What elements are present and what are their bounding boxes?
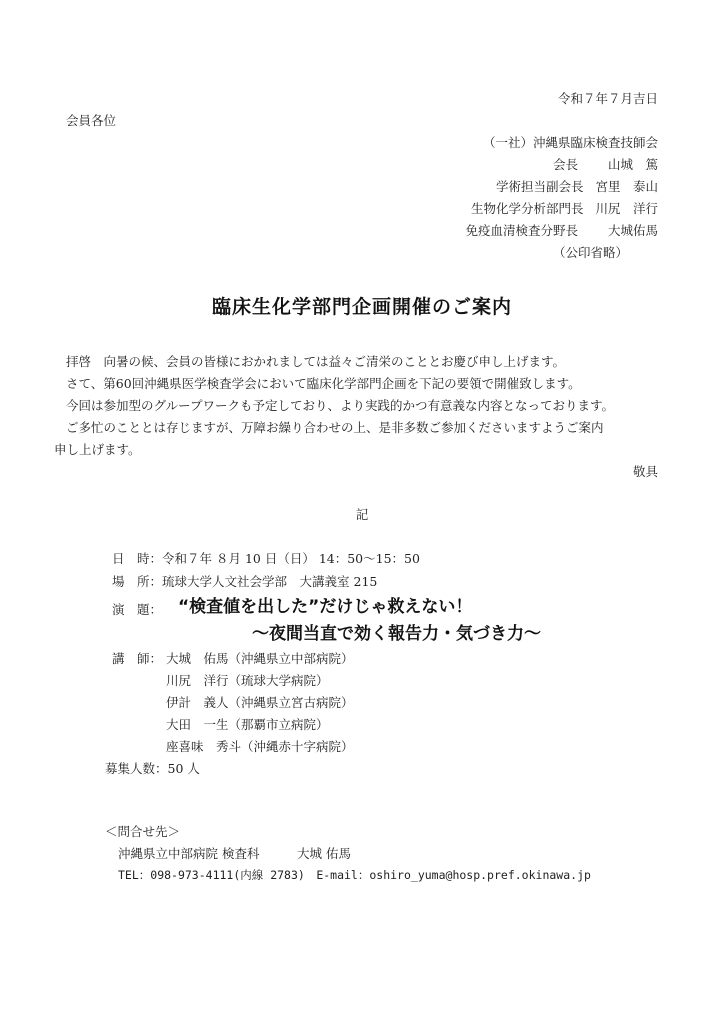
lecturer-item: 座喜味 秀斗（沖縄赤十字病院） (166, 741, 354, 754)
lecturers-label: 講 師： (112, 653, 162, 666)
organization-name: （一社）沖縄県臨床検査技師会 (483, 137, 658, 150)
venue-value: 琉球大学人文社会学部 大講義室 215 (162, 574, 377, 589)
document-date: 令和７年７月吉日 (558, 93, 658, 106)
contact-heading: ＜問合せ先＞ (105, 826, 180, 839)
lecturer-item: 大田 一生（那覇市立病院） (166, 719, 329, 732)
signatory-division-head: 生物化学分析部門長川尻 洋行 (471, 203, 658, 216)
signatory-role: 会長 (553, 157, 578, 172)
signatory-role: 学術担当副会長 (496, 179, 584, 194)
lecturer-item: 伊計 義人（沖縄県立宮古病院） (166, 697, 354, 710)
seal-omitted-note: （公印省略） (553, 247, 628, 260)
datetime-value: 令和７年 ８月 10 日（日） 14：50～15：50 (162, 551, 420, 566)
signatory-role: 生物化学分析部門長 (471, 201, 584, 216)
lecturer-item: 川尻 洋行（琉球大学病院） (166, 675, 329, 688)
detail-venue: 場 所：琉球大学人文社会学部 大講義室 215 (112, 576, 377, 589)
closing-keigu: 敬具 (633, 466, 658, 479)
topic-line-1: “検査値を出した”だけじゃ救えない！ (178, 599, 472, 616)
body-line-greeting: 拝啓 向暑の候、会員の皆様におかれましては益々ご清栄のこととお慶び申し上げます。 (66, 356, 565, 369)
contact-tel-email: TEL：098-973-4111(内線 2783) E-mail：oshiro_… (118, 870, 591, 882)
body-line-announcement: さて、第60回沖縄県医学検査学会において臨床化学部門企画を下記の要領で開催致しま… (66, 378, 581, 391)
body-line-invitation: ご多忙のこととは存じますが、万障お繰り合わせの上、是非多数ご参加くださいますよう… (66, 422, 604, 435)
capacity-label: 募集人数： (105, 761, 168, 776)
capacity-value: 50 人 (168, 761, 200, 776)
signatory-section-head: 免疫血清検査分野長大城佑馬 (465, 225, 658, 238)
lecturer-item: 大城 佑馬（沖縄県立中部病院） (166, 653, 354, 666)
signatory-name: 大城佑馬 (608, 223, 658, 238)
recipient: 会員各位 (66, 115, 116, 128)
datetime-label: 日 時： (112, 551, 162, 566)
signatory-role: 免疫血清検査分野長 (465, 223, 578, 238)
detail-capacity: 募集人数：50 人 (105, 763, 200, 776)
signatory-president: 会長山城 篤 (553, 159, 658, 172)
signatory-vice-president: 学術担当副会長宮里 泰山 (496, 181, 658, 194)
body-line-invitation-end: 申し上げます。 (54, 444, 141, 457)
page-title: 臨床生化学部門企画開催のご案内 (0, 298, 724, 317)
detail-datetime: 日 時：令和７年 ８月 10 日（日） 14：50～15：50 (112, 553, 420, 566)
contact-org: 沖縄県立中部病院 検査科 大城 佑馬 (118, 848, 351, 861)
topic-line-2: ～夜間当直で効く報告力・気づき力～ (252, 626, 541, 643)
ki-marker: 記 (0, 509, 724, 522)
signatory-name: 川尻 洋行 (595, 201, 658, 216)
signatory-name: 山城 篤 (608, 157, 658, 172)
signatory-name: 宮里 泰山 (595, 179, 658, 194)
body-line-groupwork: 今回は参加型のグループワークも予定しており、より実践的かつ有意義な内容となってお… (66, 400, 614, 413)
topic-label: 演 題： (112, 604, 162, 617)
venue-label: 場 所： (112, 574, 162, 589)
